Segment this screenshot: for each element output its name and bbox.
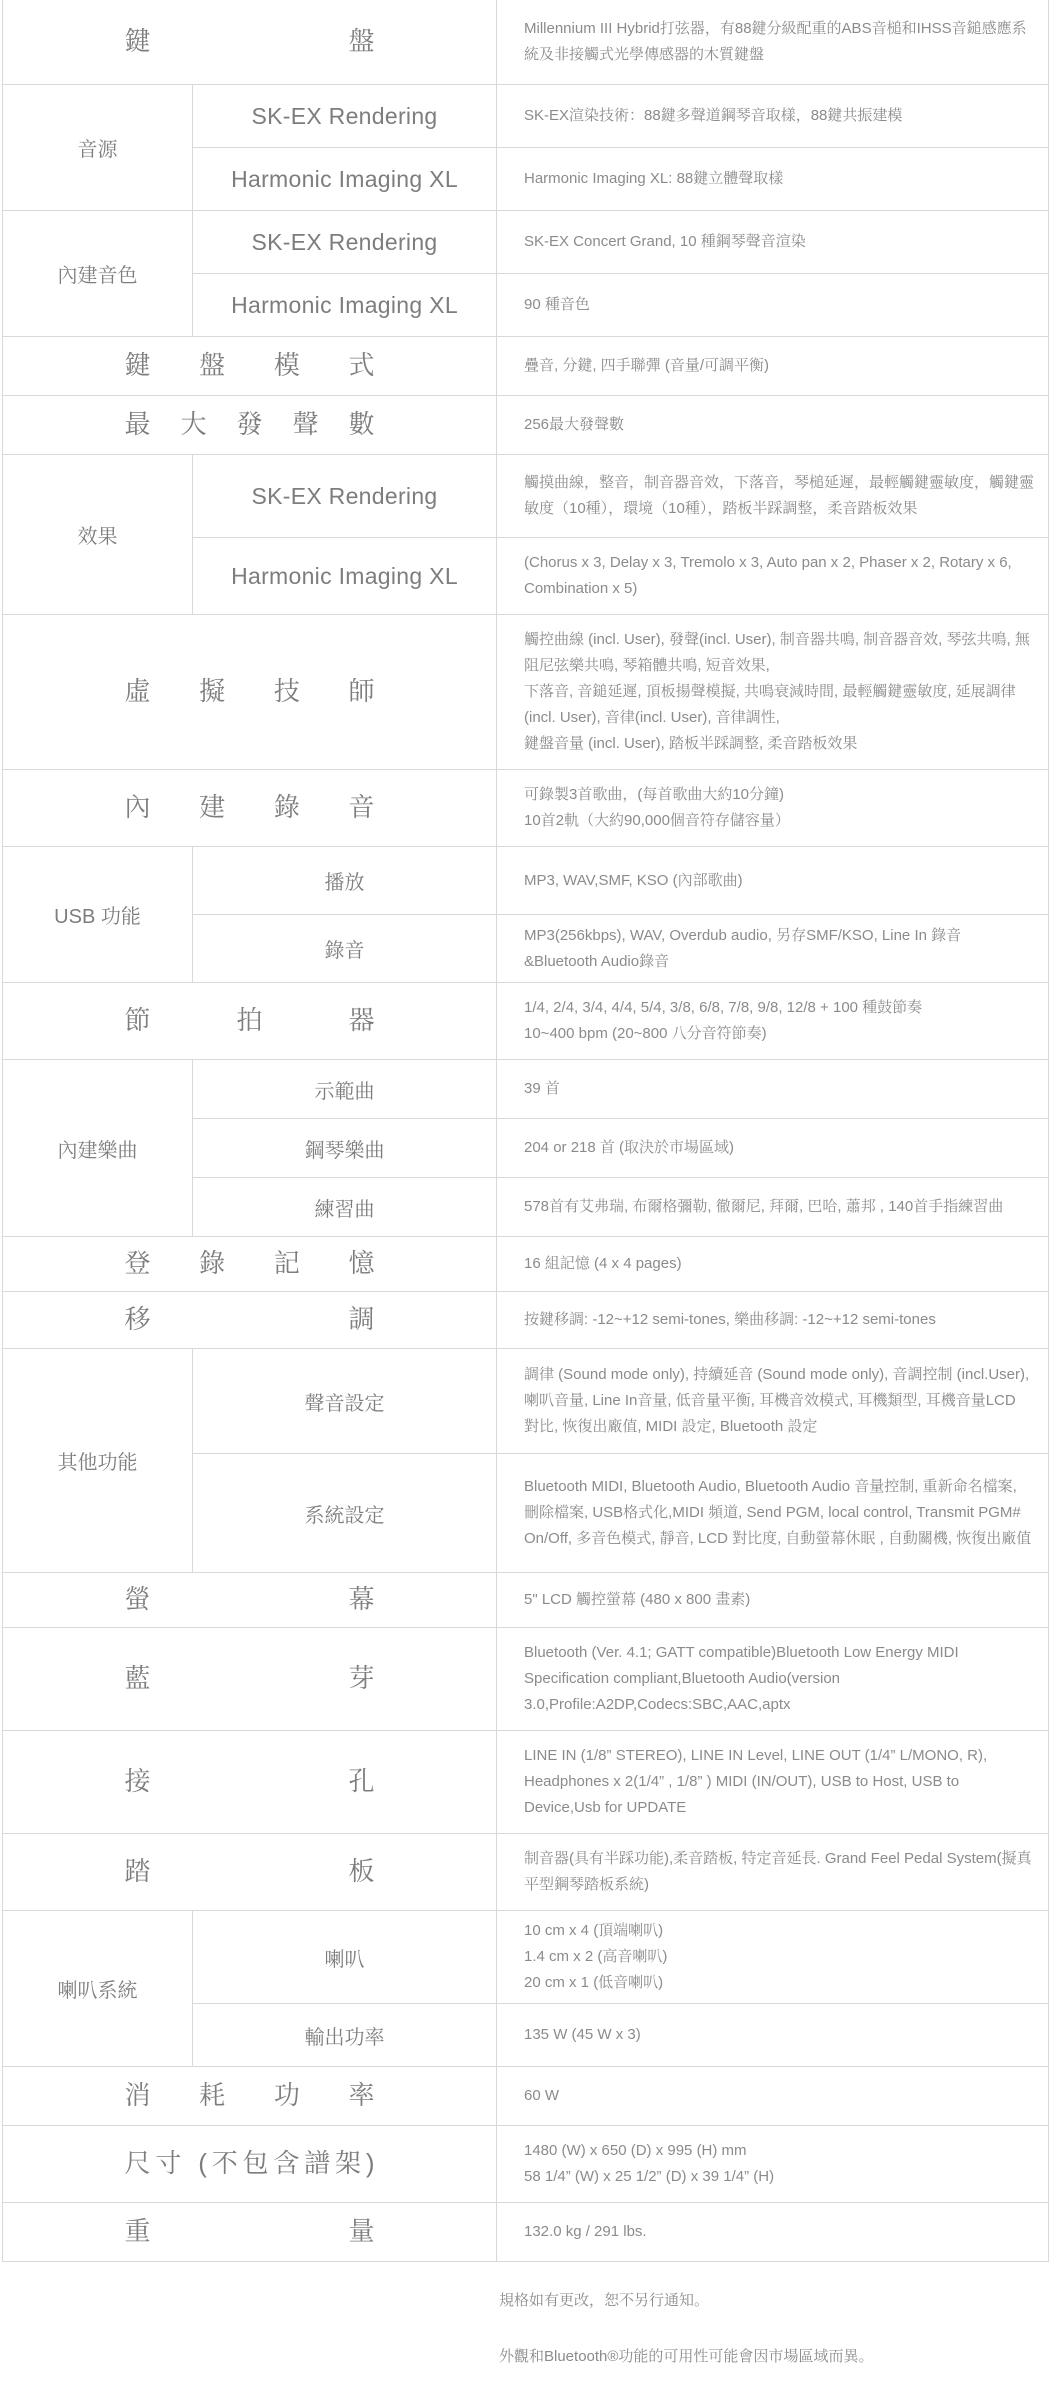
subrow-value: Harmonic Imaging XL: 88鍵立體聲取樣 [497,148,1048,210]
row-value: 132.0 kg / 291 lbs. [497,2203,1048,2261]
spec-row-transpose: 移調 按鍵移調: -12~+12 semi-tones, 樂曲移調: -12~+… [3,1292,1048,1349]
group-label: 喇叭系統 [3,1911,193,2066]
subrow-value: 39 首 [497,1060,1048,1118]
group-subrows: 喇叭 10 cm x 4 (頂端喇叭) 1.4 cm x 2 (高音喇叭) 20… [193,1911,1048,2066]
row-value: 16 組記憶 (4 x 4 pages) [497,1237,1048,1291]
group-label: 音源 [3,85,193,210]
group-subrows: SK-EX Rendering 觸摸曲線，整音，制音器音效，下落音，琴槌延遲，最… [193,455,1048,614]
group-label: 其他功能 [3,1349,193,1572]
group-subrows: SK-EX Rendering SK-EX渲染技術：88鍵多聲道鋼琴音取樣，88… [193,85,1048,210]
subrow-value: Bluetooth MIDI, Bluetooth Audio, Bluetoo… [497,1454,1048,1572]
row-label: 登錄記憶 [3,1237,497,1291]
subrow: 鋼琴樂曲 204 or 218 首 (取決於市場區域) [193,1119,1048,1178]
subrow-value: 調律 (Sound mode only), 持續延音 (Sound mode o… [497,1349,1048,1453]
spec-row-metronome: 節拍器 1/4, 2/4, 3/4, 4/4, 5/4, 3/8, 6/8, 7… [3,983,1048,1060]
subrow-label: 播放 [193,847,497,914]
spec-row-virtual-technician: 虛擬技師 觸控曲線 (incl. User), 發聲(incl. User), … [3,615,1048,770]
group-subrows: SK-EX Rendering SK-EX Concert Grand, 10 … [193,211,1048,336]
row-label-text: 踏板 [125,1856,375,1887]
spec-row-pedals: 踏板 制音器(具有半踩功能),柔音踏板, 特定音延長. Grand Feel P… [3,1834,1048,1911]
row-label: 最大發聲數 [3,396,497,454]
subrow: 練習曲 578首有艾弗瑞, 布爾格彌勒, 徹爾尼, 拜爾, 巴哈, 蕭邦 , 1… [193,1178,1048,1236]
group-label: 效果 [3,455,193,614]
subrow-value: 90 種音色 [497,274,1048,336]
row-label-text: 虛擬技師 [125,676,375,707]
footer-note-bluetooth-availability: 外觀和Bluetooth®功能的可用性可能會因市場區域而異。 [499,2344,1031,2370]
subrow-label: 輸出功率 [193,2004,497,2066]
spec-row-bluetooth: 藍芽 Bluetooth (Ver. 4.1; GATT compatible)… [3,1628,1048,1731]
row-label-text: 鍵盤模式 [125,350,375,381]
subrow-label: SK-EX Rendering [193,211,497,273]
row-value: 疊音, 分鍵, 四手聯彈 (音量/可調平衡) [497,337,1048,395]
spec-row-keyboard: 鍵盤 Millennium III Hybrid打弦器，有88鍵分級配重的ABS… [3,0,1048,85]
subrow: 聲音設定 調律 (Sound mode only), 持續延音 (Sound m… [193,1349,1048,1454]
subrow-value: (Chorus x 3, Delay x 3, Tremolo x 3, Aut… [497,538,1048,614]
row-value: LINE IN (1/8” STEREO), LINE IN Level, LI… [497,1731,1048,1833]
row-label-text: 移調 [125,1304,375,1335]
row-label: 鍵盤 [3,0,497,84]
row-label-text: 節拍器 [125,1005,375,1036]
spec-row-max-polyphony: 最大發聲數 256最大發聲數 [3,396,1048,455]
spec-row-display: 螢幕 5" LCD 觸控螢幕 (480 x 800 畫素) [3,1573,1048,1628]
row-value: 可錄製3首歌曲，(每首歌曲大約10分鐘) 10首2軌（大約90,000個音符存儲… [497,770,1048,846]
row-value: 60 W [497,2067,1048,2125]
row-value: 1480 (W) x 650 (D) x 995 (H) mm 58 1/4” … [497,2126,1048,2202]
subrow-value: MP3, WAV,SMF, KSO (內部歌曲) [497,847,1048,914]
group-label: USB 功能 [3,847,193,982]
subrow: SK-EX Rendering 觸摸曲線，整音，制音器音效，下落音，琴槌延遲，最… [193,455,1048,538]
subrow-label: SK-EX Rendering [193,455,497,537]
row-label: 節拍器 [3,983,497,1059]
row-label-text: 最大發聲數 [125,409,375,440]
row-label-text: 尺寸 (不包含譜架) [125,2148,375,2179]
row-value: 1/4, 2/4, 3/4, 4/4, 5/4, 3/8, 6/8, 7/8, … [497,983,1048,1059]
spec-row-internal-recorder: 內建錄音 可錄製3首歌曲，(每首歌曲大約10分鐘) 10首2軌（大約90,000… [3,770,1048,847]
row-label-text: 藍芽 [125,1663,375,1694]
subrow-label: SK-EX Rendering [193,85,497,147]
spec-group-internal-sounds: 內建音色 SK-EX Rendering SK-EX Concert Grand… [3,211,1048,337]
row-label: 消耗功率 [3,2067,497,2125]
subrow: SK-EX Rendering SK-EX Concert Grand, 10 … [193,211,1048,274]
group-subrows: 示範曲 39 首 鋼琴樂曲 204 or 218 首 (取決於市場區域) 練習曲… [193,1060,1048,1236]
row-label-text: 內建錄音 [125,792,375,823]
subrow-value: 10 cm x 4 (頂端喇叭) 1.4 cm x 2 (高音喇叭) 20 cm… [497,1911,1048,2003]
spec-row-registration-memory: 登錄記憶 16 組記憶 (4 x 4 pages) [3,1237,1048,1292]
footer-notes: 規格如有更改，恕不另行通知。 外觀和Bluetooth®功能的可用性可能會因市場… [0,2262,1051,2370]
subrow-label: 喇叭 [193,1911,497,2003]
subrow-value: 204 or 218 首 (取決於市場區域) [497,1119,1048,1177]
footer-note-spec-change: 規格如有更改，恕不另行通知。 [499,2288,1031,2314]
subrow-label: 練習曲 [193,1178,497,1236]
row-label: 虛擬技師 [3,615,497,769]
row-label: 藍芽 [3,1628,497,1730]
row-label-text: 鍵盤 [125,26,375,57]
subrow-value: 578首有艾弗瑞, 布爾格彌勒, 徹爾尼, 拜爾, 巴哈, 蕭邦 , 140首手… [497,1178,1048,1236]
spec-group-speaker-system: 喇叭系統 喇叭 10 cm x 4 (頂端喇叭) 1.4 cm x 2 (高音喇… [3,1911,1048,2067]
spec-row-jacks: 接孔 LINE IN (1/8” STEREO), LINE IN Level,… [3,1731,1048,1834]
row-label: 移調 [3,1292,497,1348]
row-value: 觸控曲線 (incl. User), 發聲(incl. User), 制音器共鳴… [497,615,1048,769]
subrow-value: MP3(256kbps), WAV, Overdub audio, 另存SMF/… [497,915,1048,982]
subrow: 系統設定 Bluetooth MIDI, Bluetooth Audio, Bl… [193,1454,1048,1572]
row-value: Bluetooth (Ver. 4.1; GATT compatible)Blu… [497,1628,1048,1730]
row-label-text: 登錄記憶 [125,1248,375,1279]
spec-row-power-consumption: 消耗功率 60 W [3,2067,1048,2126]
subrow: SK-EX Rendering SK-EX渲染技術：88鍵多聲道鋼琴音取樣，88… [193,85,1048,148]
spec-group-internal-songs: 內建樂曲 示範曲 39 首 鋼琴樂曲 204 or 218 首 (取決於市場區域… [3,1060,1048,1237]
spec-row-keyboard-modes: 鍵盤模式 疊音, 分鍵, 四手聯彈 (音量/可調平衡) [3,337,1048,396]
subrow-label: Harmonic Imaging XL [193,148,497,210]
subrow-label: 鋼琴樂曲 [193,1119,497,1177]
subrow: 錄音 MP3(256kbps), WAV, Overdub audio, 另存S… [193,915,1048,982]
group-subrows: 聲音設定 調律 (Sound mode only), 持續延音 (Sound m… [193,1349,1048,1572]
subrow-value: SK-EX Concert Grand, 10 種鋼琴聲音渲染 [497,211,1048,273]
row-value: 256最大發聲數 [497,396,1048,454]
subrow-label: 錄音 [193,915,497,982]
row-label: 踏板 [3,1834,497,1910]
subrow-value: SK-EX渲染技術：88鍵多聲道鋼琴音取樣，88鍵共振建模 [497,85,1048,147]
row-label-text: 螢幕 [125,1584,375,1615]
subrow-label: Harmonic Imaging XL [193,538,497,614]
subrow-label: 聲音設定 [193,1349,497,1453]
row-label: 內建錄音 [3,770,497,846]
subrow: 播放 MP3, WAV,SMF, KSO (內部歌曲) [193,847,1048,915]
row-value: 5" LCD 觸控螢幕 (480 x 800 畫素) [497,1573,1048,1627]
row-label-text: 接孔 [125,1766,375,1797]
row-label-text: 重量 [125,2216,375,2247]
subrow: 喇叭 10 cm x 4 (頂端喇叭) 1.4 cm x 2 (高音喇叭) 20… [193,1911,1048,2004]
spec-row-dimensions: 尺寸 (不包含譜架) 1480 (W) x 650 (D) x 995 (H) … [3,2126,1048,2203]
row-value: 按鍵移調: -12~+12 semi-tones, 樂曲移調: -12~+12 … [497,1292,1048,1348]
group-subrows: 播放 MP3, WAV,SMF, KSO (內部歌曲) 錄音 MP3(256kb… [193,847,1048,982]
row-label: 接孔 [3,1731,497,1833]
spec-group-usb-functions: USB 功能 播放 MP3, WAV,SMF, KSO (內部歌曲) 錄音 MP… [3,847,1048,983]
spec-row-weight: 重量 132.0 kg / 291 lbs. [3,2203,1048,2262]
group-label: 內建樂曲 [3,1060,193,1236]
row-value: Millennium III Hybrid打弦器，有88鍵分級配重的ABS音槌和… [497,0,1048,84]
subrow: Harmonic Imaging XL (Chorus x 3, Delay x… [193,538,1048,614]
subrow-value: 觸摸曲線，整音，制音器音效，下落音，琴槌延遲，最輕觸鍵靈敏度，觸鍵靈敏度（10種… [497,455,1048,537]
subrow: Harmonic Imaging XL 90 種音色 [193,274,1048,336]
row-label: 鍵盤模式 [3,337,497,395]
subrow-value: 135 W (45 W x 3) [497,2004,1048,2066]
spec-group-sound-source: 音源 SK-EX Rendering SK-EX渲染技術：88鍵多聲道鋼琴音取樣… [3,85,1048,211]
spec-group-effects: 效果 SK-EX Rendering 觸摸曲線，整音，制音器音效，下落音，琴槌延… [3,455,1048,615]
spec-group-other-functions: 其他功能 聲音設定 調律 (Sound mode only), 持續延音 (So… [3,1349,1048,1573]
subrow-label: 示範曲 [193,1060,497,1118]
row-value: 制音器(具有半踩功能),柔音踏板, 特定音延長. Grand Feel Peda… [497,1834,1048,1910]
spec-table: 鍵盤 Millennium III Hybrid打弦器，有88鍵分級配重的ABS… [2,0,1049,2262]
row-label: 螢幕 [3,1573,497,1627]
subrow-label: Harmonic Imaging XL [193,274,497,336]
subrow: Harmonic Imaging XL Harmonic Imaging XL:… [193,148,1048,210]
group-label: 內建音色 [3,211,193,336]
subrow: 示範曲 39 首 [193,1060,1048,1119]
row-label-text: 消耗功率 [125,2080,375,2111]
row-label: 重量 [3,2203,497,2261]
subrow: 輸出功率 135 W (45 W x 3) [193,2004,1048,2066]
subrow-label: 系統設定 [193,1454,497,1572]
row-label: 尺寸 (不包含譜架) [3,2126,497,2202]
